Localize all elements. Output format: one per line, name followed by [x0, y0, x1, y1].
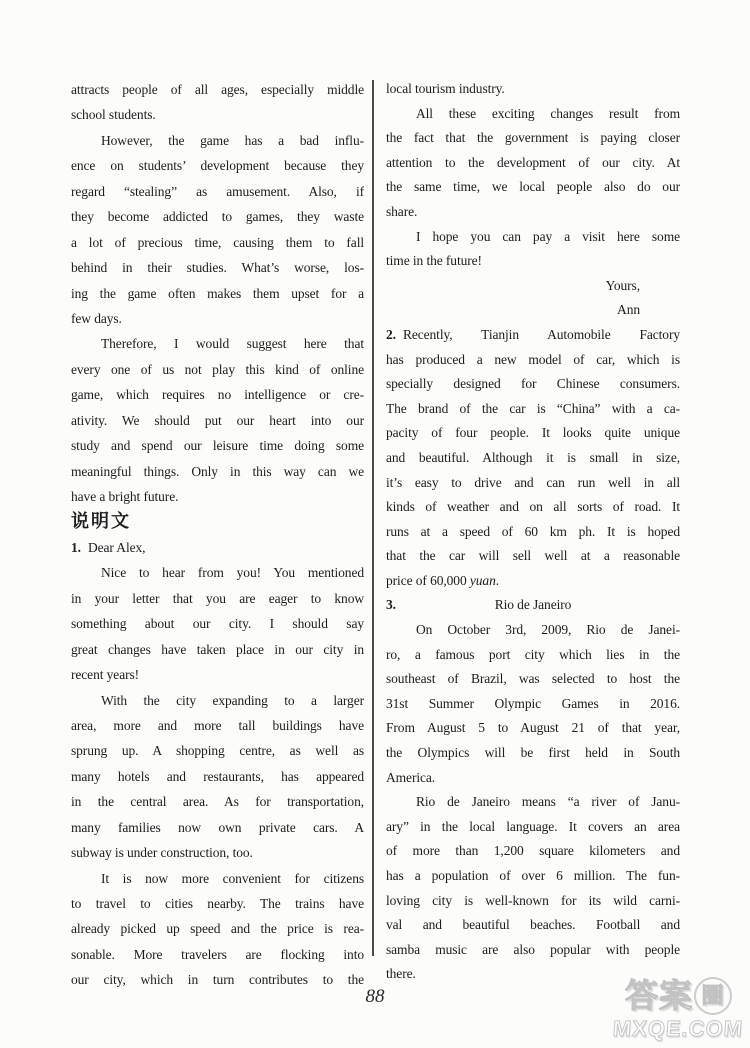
- text-line: It is now more convenient for citizens: [71, 866, 364, 891]
- essay-title-rio: 3.Rio de Janeiro: [386, 593, 680, 618]
- text-line: From August 5 to August 21 of that year,: [386, 716, 680, 741]
- text-line: samba music are also popular with people: [386, 938, 680, 963]
- watermark-circle-badge: 圈: [695, 978, 731, 1014]
- text-line: Nice to hear from you! You mentioned: [71, 560, 364, 585]
- signature-closing: Yours,: [386, 274, 680, 299]
- text-line: few days.: [71, 306, 364, 331]
- paragraph-number: 3.: [386, 593, 403, 618]
- text-line: On October 3rd, 2009, Rio de Janei-: [386, 618, 680, 643]
- scanned-book-page: attracts people of all ages, especially …: [0, 0, 750, 1048]
- watermark-brand-text: 答案: [625, 976, 693, 1016]
- text-line: ro, a famous port city which lies in the: [386, 643, 680, 668]
- text-line: ativity. We should put our heart into ou…: [71, 408, 364, 433]
- text-line: sonable. More travelers are flocking int…: [71, 942, 364, 967]
- text-line: southeast of Brazil, was selected to hos…: [386, 667, 680, 692]
- text-line: America.: [386, 766, 680, 791]
- text-line: 1.Dear Alex,: [71, 535, 364, 560]
- text-line: Rio de Janeiro means “a river of Janu-: [386, 790, 680, 815]
- paragraph-number: 1.: [71, 540, 88, 555]
- text-line: meaningful things. Only in this way can …: [71, 459, 364, 484]
- text-line: many hotels and restaurants, has appeare…: [71, 764, 364, 789]
- right-text-column: local tourism industry.All these excitin…: [386, 77, 680, 987]
- text-line: share.: [386, 200, 680, 225]
- text-line: great changes have taken place in our ci…: [71, 637, 364, 662]
- text-line: the Olympics will be first held in South: [386, 741, 680, 766]
- text-line: ing the game often makes them upset for …: [71, 281, 364, 306]
- text-line: sprung up. A shopping centre, as well as: [71, 738, 364, 763]
- text-line: I hope you can pay a visit here some: [386, 225, 680, 250]
- left-text-column: attracts people of all ages, especially …: [71, 77, 364, 993]
- text-line: 31st Summer Olympic Games in 2016.: [386, 692, 680, 717]
- text-line: 2.Recently, Tianjin Automobile Factory: [386, 323, 680, 348]
- text-line: the same time, we local people also do o…: [386, 175, 680, 200]
- section-heading-expository: 说明文: [71, 509, 364, 534]
- paragraph-number: 2.: [386, 327, 403, 342]
- text-line: area, more and more tall buildings have: [71, 713, 364, 738]
- text-line: has produced a new model of car, which i…: [386, 348, 680, 373]
- text-line: study and spend our leisure time doing s…: [71, 433, 364, 458]
- text-line: it’s easy to drive and can run well in a…: [386, 471, 680, 496]
- text-line: in your letter that you are eager to kno…: [71, 586, 364, 611]
- text-line: ary” in the local language. It covers an…: [386, 815, 680, 840]
- watermark-logo: 答案圈: [608, 976, 748, 1016]
- text-line: kinds of weather and on all sorts of roa…: [386, 495, 680, 520]
- text-line: regard “stealing” as amusement. Also, if: [71, 179, 364, 204]
- text-line: in the central area. As for transportati…: [71, 789, 364, 814]
- text-line: loving city is well-known for its wild c…: [386, 889, 680, 914]
- text-line: and beautiful. Although it is small in s…: [386, 446, 680, 471]
- text-line: All these exciting changes result from: [386, 102, 680, 127]
- text-line: subway is under construction, too.: [71, 840, 364, 865]
- text-line: every one of us not play this kind of on…: [71, 357, 364, 382]
- text-line: However, the game has a bad influ-: [71, 128, 364, 153]
- watermark: 答案圈 MXQE.COM: [608, 976, 748, 1042]
- text-line: has a population of over 6 million. The …: [386, 864, 680, 889]
- text-line: game, which requires no intelligence or …: [71, 382, 364, 407]
- text-line: have a bright future.: [71, 484, 364, 509]
- text-line: recent years!: [71, 662, 364, 687]
- text-line: With the city expanding to a larger: [71, 688, 364, 713]
- watermark-url: MXQE.COM: [607, 1016, 749, 1042]
- text-line: attention to the development of our city…: [386, 151, 680, 176]
- text-line: ence on students’ development because th…: [71, 153, 364, 178]
- text-line: price of 60,000 yuan.: [386, 569, 680, 594]
- text-line: val and beautiful beaches. Football and: [386, 913, 680, 938]
- text-line: behind in their studies. What’s worse, l…: [71, 255, 364, 280]
- text-line: already picked up speed and the price is…: [71, 916, 364, 941]
- text-line: local tourism industry.: [386, 77, 680, 102]
- column-divider-rule: [372, 80, 374, 956]
- text-line: that the car will sell well at a reasona…: [386, 544, 680, 569]
- text-line: attracts people of all ages, especially …: [71, 77, 364, 102]
- text-line: The brand of the car is “China” with a c…: [386, 397, 680, 422]
- text-line: a lot of precious time, causing them to …: [71, 230, 364, 255]
- text-line: time in the future!: [386, 249, 680, 274]
- signature-name: Ann: [386, 298, 680, 323]
- text-line: of more than 1,200 square kilometers and: [386, 839, 680, 864]
- text-line: Therefore, I would suggest here that: [71, 331, 364, 356]
- text-line: they become addicted to games, they wast…: [71, 204, 364, 229]
- text-line: school students.: [71, 102, 364, 127]
- text-line: runs at a speed of 60 km ph. It is hoped: [386, 520, 680, 545]
- text-line: the fact that the government is paying c…: [386, 126, 680, 151]
- text-line: something about our city. I should say: [71, 611, 364, 636]
- text-line: specially designed for Chinese consumers…: [386, 372, 680, 397]
- text-line: many families now own private cars. A: [71, 815, 364, 840]
- text-line: to travel to cities nearby. The trains h…: [71, 891, 364, 916]
- text-line: pacity of four people. It looks quite un…: [386, 421, 680, 446]
